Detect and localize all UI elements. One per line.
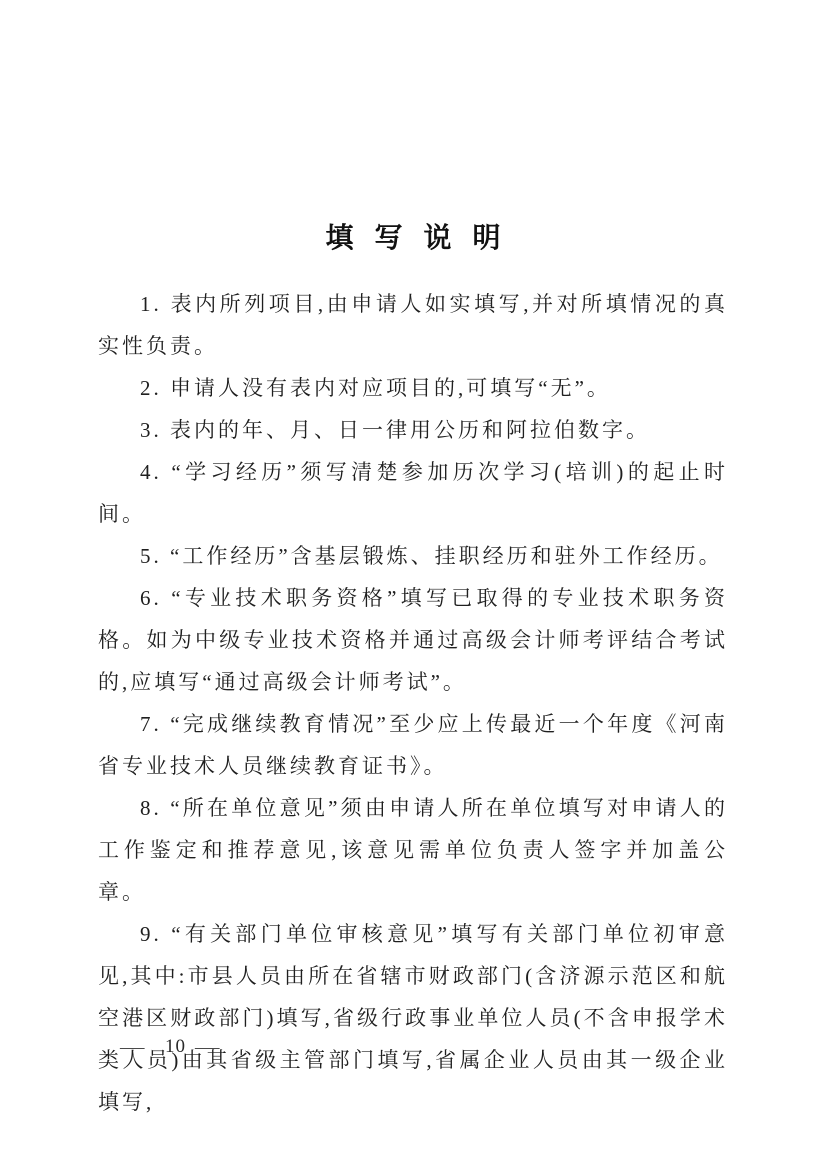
page-footer: — 10 — [124,1036,227,1058]
page-number: 10 [165,1036,186,1058]
instruction-item-2: 2. 申请人没有表内对应项目的,可填写“无”。 [98,367,728,409]
instruction-item-9: 9. “有关部门单位审核意见”填写有关部门单位初审意见,其中:市县人员由所在省辖… [98,913,728,1123]
instruction-item-8: 8. “所在单位意见”须由申请人所在单位填写对申请人的工作鉴定和推荐意见,该意见… [98,787,728,913]
footer-dash-left: — [120,1038,156,1057]
instruction-item-3: 3. 表内的年、月、日一律用公历和阿拉伯数字。 [98,409,728,451]
instruction-item-4: 4. “学习经历”须写清楚参加历次学习(培训)的起止时间。 [98,451,728,535]
instructions-body: 1. 表内所列项目,由申请人如实填写,并对所填情况的真实性负责。 2. 申请人没… [98,283,728,1123]
page-title: 填 写 说 明 [0,216,826,256]
instruction-item-5: 5. “工作经历”含基层锻炼、挂职经历和驻外工作经历。 [98,535,728,577]
document-page: 填 写 说 明 1. 表内所列项目,由申请人如实填写,并对所填情况的真实性负责。… [0,0,826,1169]
footer-dash-right: — [195,1038,231,1057]
instruction-item-7: 7. “完成继续教育情况”至少应上传最近一个年度《河南省专业技术人员继续教育证书… [98,703,728,787]
instruction-item-6: 6. “专业技术职务资格”填写已取得的专业技术职务资格。如为中级专业技术资格并通… [98,577,728,703]
instruction-item-1: 1. 表内所列项目,由申请人如实填写,并对所填情况的真实性负责。 [98,283,728,367]
